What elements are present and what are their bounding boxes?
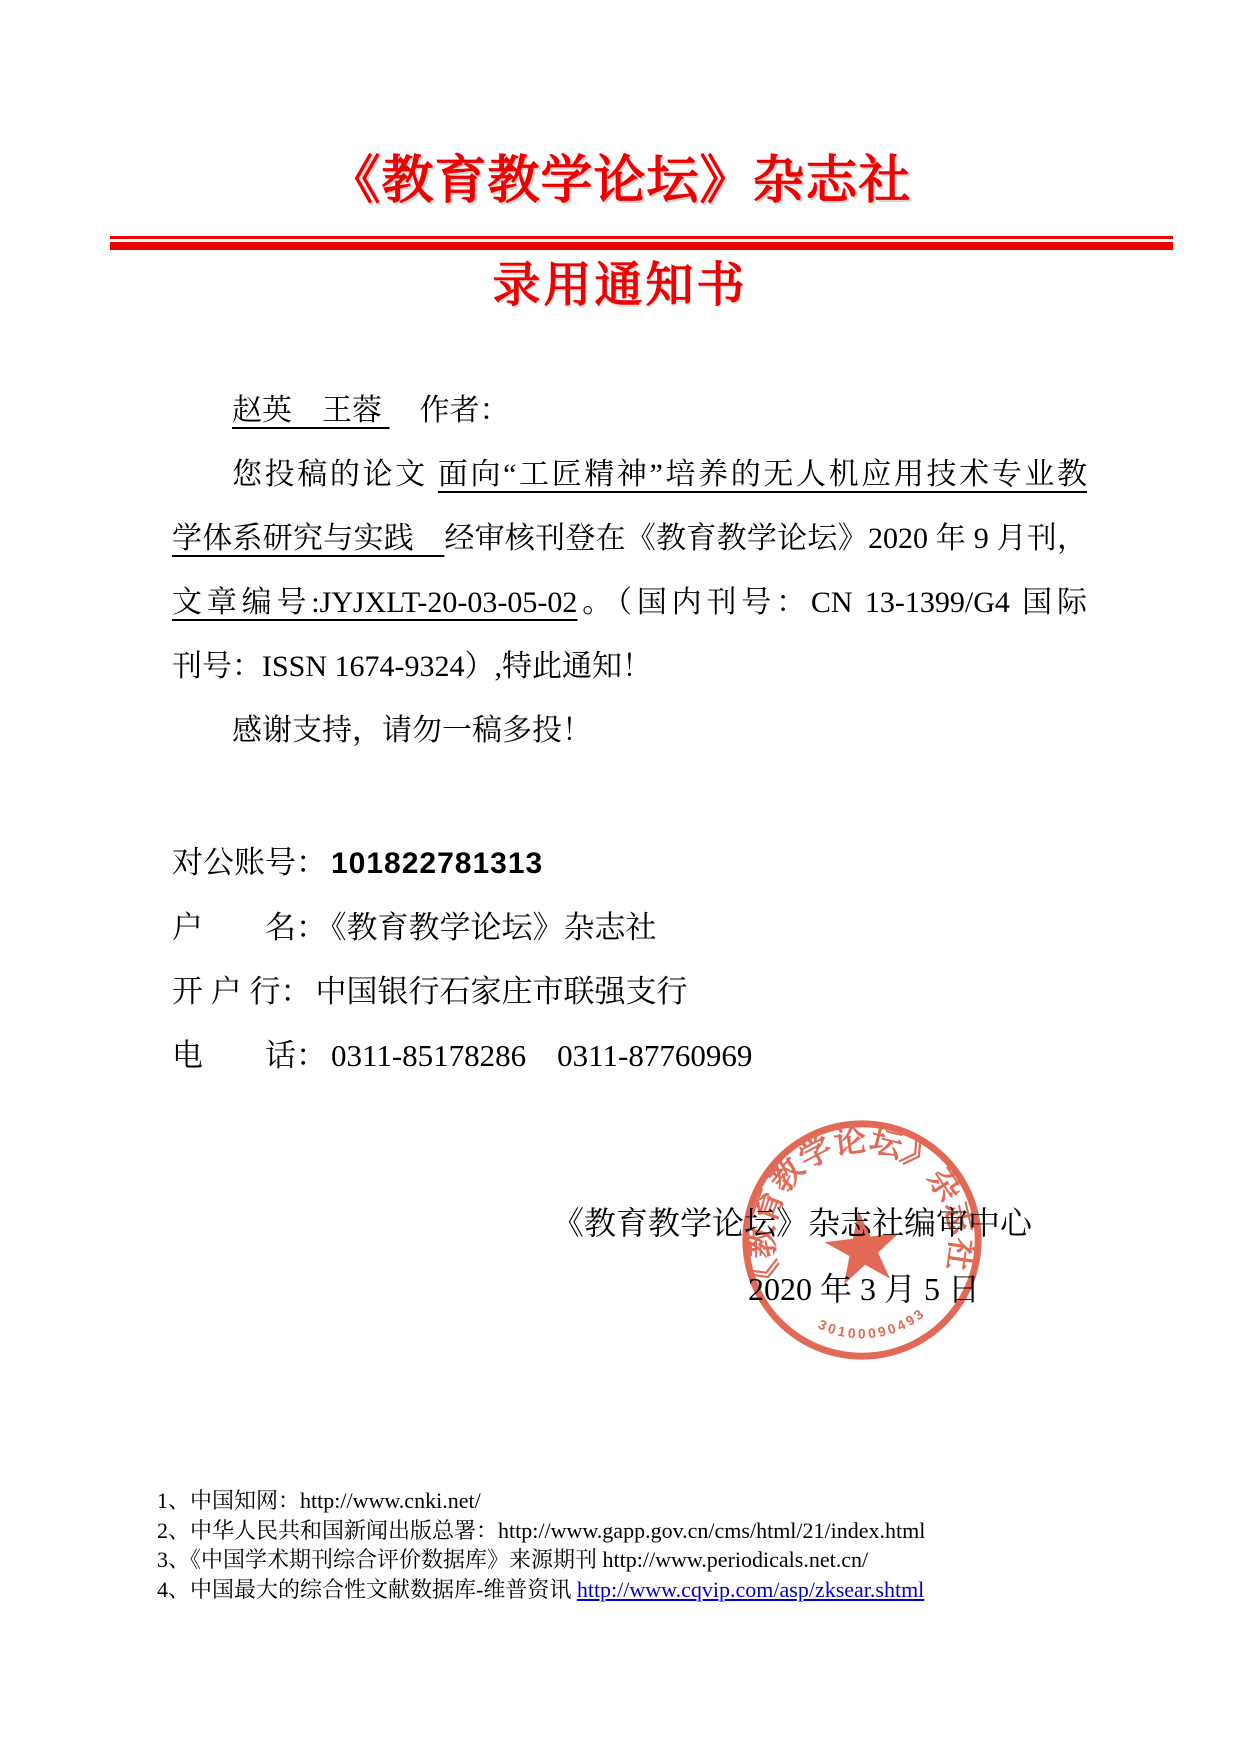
underlined-text: 赵英 王蓉 xyxy=(232,394,390,427)
footer-url: http://www.periodicals.net.cn/ xyxy=(603,1547,869,1572)
footer-url: http://www.cnki.net/ xyxy=(300,1488,481,1513)
footer-label: 2、中华人民共和国新闻出版总署： xyxy=(157,1518,498,1543)
body-line: 感谢支持，请勿一稿多投！ xyxy=(172,699,1087,763)
document-page: 《教育教学论坛》杂志社 录用通知书 赵英 王蓉 作者：您投稿的论文 面向“工匠精… xyxy=(0,0,1240,1753)
underlined-text: 学体系研究与实践 xyxy=(172,522,444,555)
body-line: 您投稿的论文 面向“工匠精神”培养的无人机应用技术专业教 xyxy=(172,443,1087,507)
notice-title: 录用通知书 xyxy=(0,246,1240,315)
account-row: 电 话：0311-85178286 0311-87760969 xyxy=(172,1024,1087,1088)
footer-hyperlink[interactable]: http://www.cqvip.com/asp/zksear.shtml xyxy=(577,1577,924,1602)
official-seal: 《教育教学论坛》杂志社 1301000904938 xyxy=(719,1097,1004,1382)
account-row: 开 户 行：中国银行石家庄市联强支行 xyxy=(172,960,1087,1024)
body-line: 赵英 王蓉 作者： xyxy=(172,379,1087,443)
body-text-segment: 感谢支持，请勿一稿多投！ xyxy=(232,714,592,747)
footer-line: 2、中华人民共和国新闻出版总署：http://www.gapp.gov.cn/c… xyxy=(157,1516,1147,1546)
footer-url: http://www.gapp.gov.cn/cms/html/21/index… xyxy=(498,1518,925,1543)
footer-line: 1、中国知网：http://www.cnki.net/ xyxy=(157,1486,1147,1516)
footer-label: 1、中国知网： xyxy=(157,1488,300,1513)
footer-line: 3、《中国学术期刊综合评价数据库》来源期刊 http://www.periodi… xyxy=(157,1545,1147,1575)
footer-links: 1、中国知网：http://www.cnki.net/2、中华人民共和国新闻出版… xyxy=(157,1486,1147,1604)
body-line: 刊号：ISSN 1674-9324）,特此通知！ xyxy=(172,635,1087,699)
underlined-text: 面向“工匠精神”培养的无人机应用技术专业教 xyxy=(438,458,1087,491)
body-text-segment: 作者： xyxy=(390,394,510,427)
footer-label: 3、《中国学术期刊综合评价数据库》来源期刊 xyxy=(157,1547,603,1572)
account-label: 开 户 行： xyxy=(172,974,312,1009)
magazine-title: 《教育教学论坛》杂志社 xyxy=(0,138,1240,213)
seal-ring-text: 《教育教学论坛》杂志社 xyxy=(730,1109,986,1301)
account-row: 户 名：《教育教学论坛》杂志社 xyxy=(172,896,1087,960)
account-label: 户 名： xyxy=(172,910,327,945)
seal-star xyxy=(821,1206,904,1286)
account-label: 电 话： xyxy=(172,1038,327,1073)
account-info: 对公账号：101822781313户 名：《教育教学论坛》杂志社开 户 行：中国… xyxy=(172,831,1087,1088)
footer-line: 4、中国最大的综合性文献数据库-维普资讯 http://www.cqvip.co… xyxy=(157,1575,1147,1605)
body-text-segment: 刊号：ISSN 1674-9324）,特此通知！ xyxy=(172,650,652,683)
underlined-text: 文章编号:JYJXLT-20-03-05-02 xyxy=(172,586,577,619)
account-value: 0311-85178286 0311-87760969 xyxy=(331,1038,752,1073)
body-line: 学体系研究与实践 经审核刊登在《教育教学论坛》2020 年 9 月刊， xyxy=(172,507,1087,571)
account-value: 《教育教学论坛》杂志社 xyxy=(331,910,657,945)
account-row: 对公账号：101822781313 xyxy=(172,831,1087,896)
footer-label: 4、中国最大的综合性文献数据库-维普资讯 xyxy=(157,1577,577,1602)
body-text-segment: 。（国内刊号：CN 13-1399/G4 国际 xyxy=(577,586,1087,619)
notice-body: 赵英 王蓉 作者：您投稿的论文 面向“工匠精神”培养的无人机应用技术专业教学体系… xyxy=(172,379,1087,763)
account-label: 对公账号： xyxy=(172,845,327,880)
body-line: 文章编号:JYJXLT-20-03-05-02。（国内刊号：CN 13-1399… xyxy=(172,571,1087,635)
account-value: 101822781313 xyxy=(331,847,543,880)
account-value: 中国银行石家庄市联强支行 xyxy=(316,974,688,1009)
body-text-segment: 经审核刊登在《教育教学论坛》2020 年 9 月刊， xyxy=(444,522,1087,555)
body-text-segment: 您投稿的论文 xyxy=(232,458,438,491)
